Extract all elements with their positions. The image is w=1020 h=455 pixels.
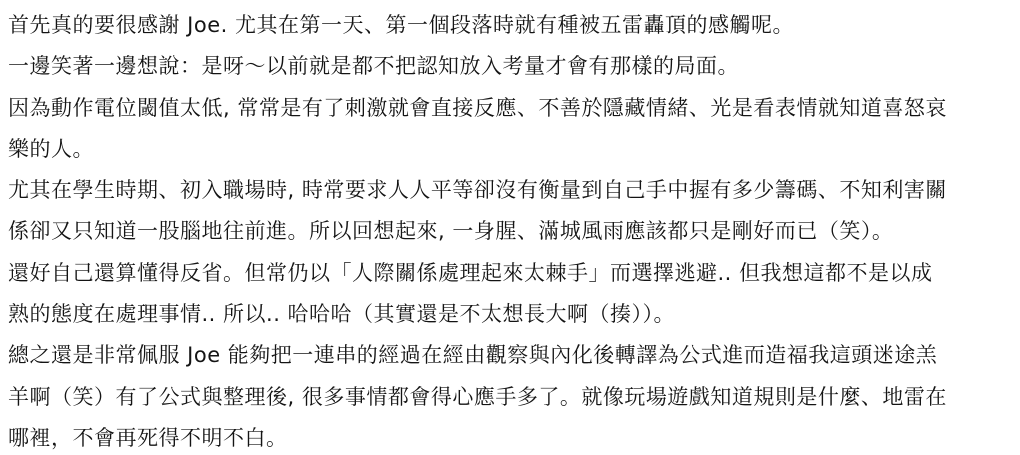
text-line: 係卻又只知道一股腦地往前進。所以回想起來, 一身腥、滿城風雨應該都只是剛好而已（… (8, 211, 1012, 252)
paragraph: 一邊笑著一邊想說：是呀～以前就是都不把認知放入考量才會有那樣的局面。 (8, 46, 1012, 87)
text-line: 總之還是非常佩服 Joe 能夠把一連串的經過在經由觀察與內化後轉譯為公式進而造福… (8, 335, 1012, 376)
paragraph: 總之還是非常佩服 Joe 能夠把一連串的經過在經由觀察與內化後轉譯為公式進而造福… (8, 335, 1012, 455)
text-line: 樂的人。 (8, 129, 1012, 170)
text-line: 首先真的要很感謝 Joe. 尤其在第一天、第一個段落時就有種被五雷轟頂的感觸呢。 (8, 5, 1012, 46)
text-line: 熟的態度在處理事情.. 所以.. 哈哈哈（其實還是不太想長大啊（揍））。 (8, 294, 1012, 335)
text-line: 尤其在學生時期、初入職場時, 時常要求人人平等卻沒有衡量到自己手中握有多少籌碼、… (8, 170, 1012, 211)
text-line: 哪裡，不會再死得不明不白。 (8, 418, 1012, 455)
paragraph: 因為動作電位閾值太低, 常常是有了刺激就會直接反應、不善於隱藏情緒、光是看表情就… (8, 88, 1012, 171)
text-line: 一邊笑著一邊想說：是呀～以前就是都不把認知放入考量才會有那樣的局面。 (8, 46, 1012, 87)
text-document: 首先真的要很感謝 Joe. 尤其在第一天、第一個段落時就有種被五雷轟頂的感觸呢。… (0, 0, 1020, 455)
text-line: 還好自己還算懂得反省。但常仍以「人際關係處理起來太棘手」而選擇逃避.. 但我想這… (8, 253, 1012, 294)
paragraph: 首先真的要很感謝 Joe. 尤其在第一天、第一個段落時就有種被五雷轟頂的感觸呢。 (8, 5, 1012, 46)
text-line: 羊啊（笑）有了公式與整理後, 很多事情都會得心應手多了。就像玩場遊戲知道規則是什… (8, 377, 1012, 418)
text-line: 因為動作電位閾值太低, 常常是有了刺激就會直接反應、不善於隱藏情緒、光是看表情就… (8, 88, 1012, 129)
paragraph: 尤其在學生時期、初入職場時, 時常要求人人平等卻沒有衡量到自己手中握有多少籌碼、… (8, 170, 1012, 253)
paragraph: 還好自己還算懂得反省。但常仍以「人際關係處理起來太棘手」而選擇逃避.. 但我想這… (8, 253, 1012, 336)
